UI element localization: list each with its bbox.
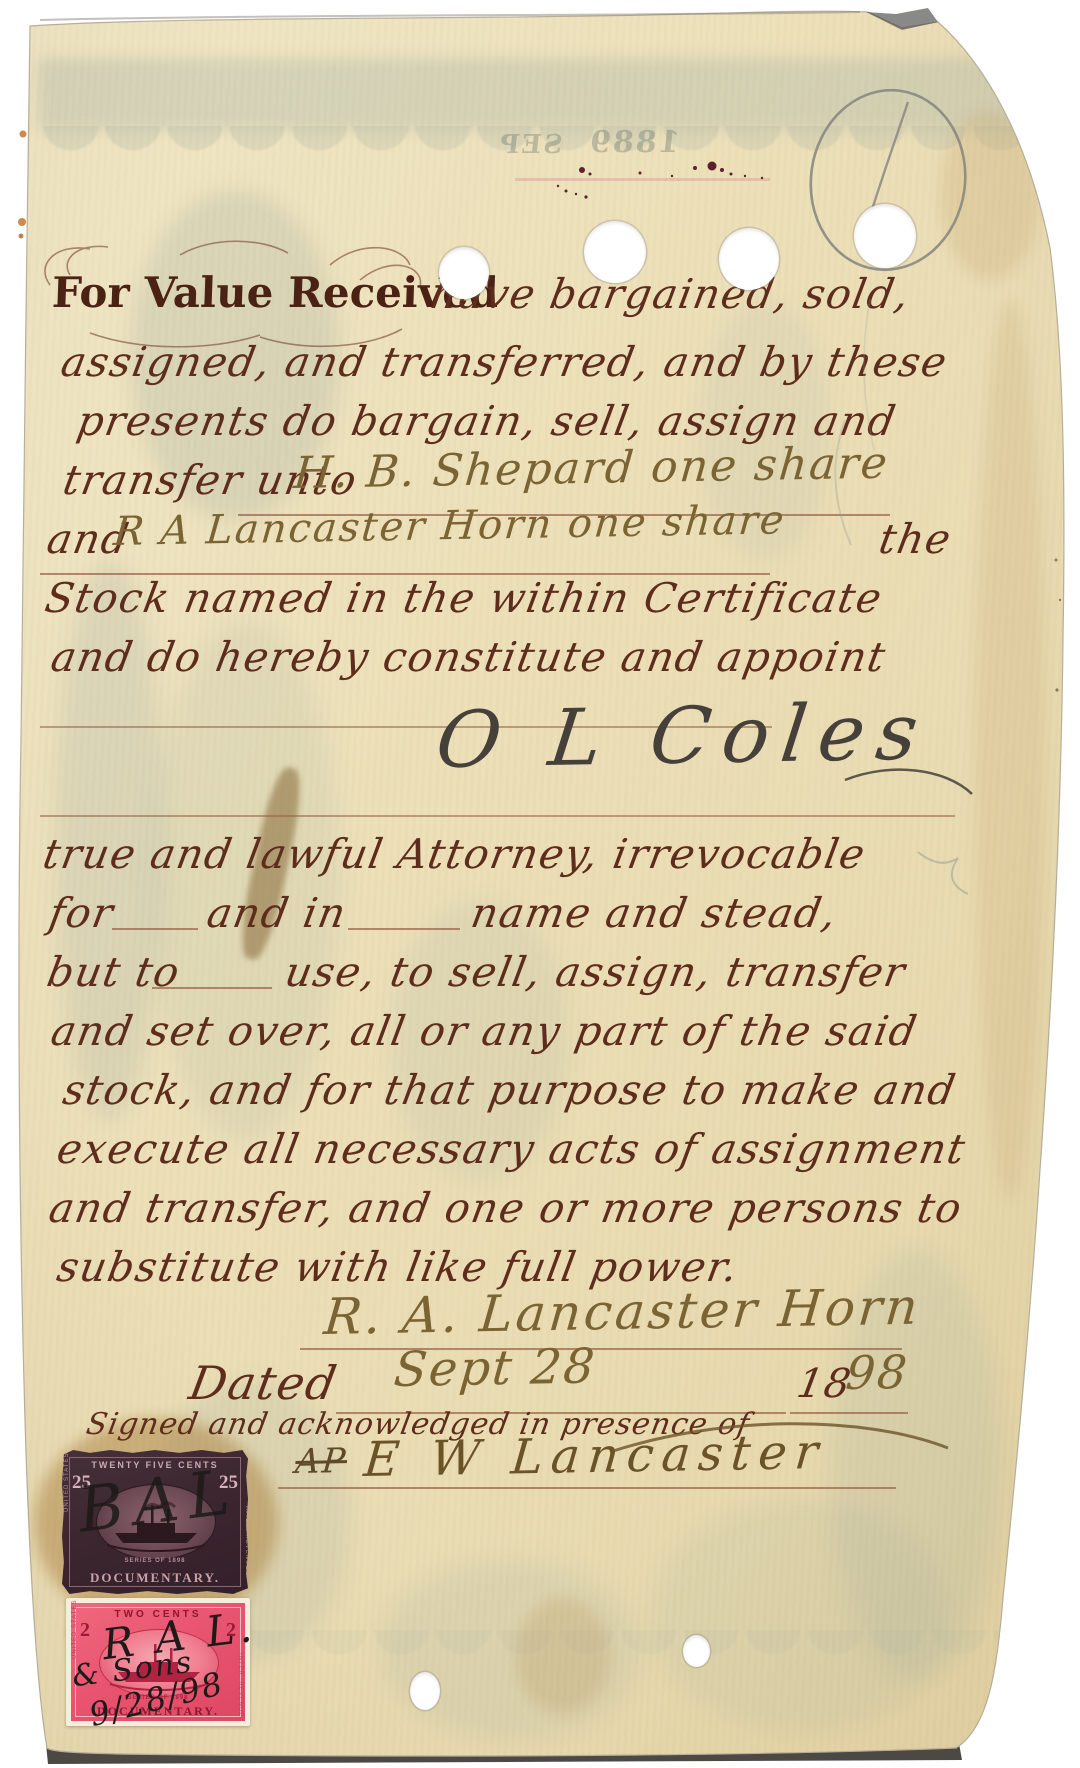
stamp-arc-left: UNITED STATES [64, 1453, 70, 1512]
edge-fleck [20, 131, 27, 138]
pink-offset-line [515, 178, 770, 181]
revenue-stamp-2c: TWO CENTS 2 2 UNITED STATES INTER. REVEN… [66, 1598, 250, 1726]
hole-punch [584, 221, 646, 283]
stamp-arc-left: UNITED STATES [72, 1600, 78, 1659]
stamp-bottom-text: DOCUMENTARY. [62, 1570, 248, 1586]
edge-specks [1055, 559, 1062, 692]
revenue-stamp-25c: TWENTY FIVE CENTS 25 25 UNITED STATES IN… [62, 1450, 248, 1594]
pencil-squiggles [835, 300, 968, 894]
edge-fleck [19, 234, 24, 239]
hole-punch [439, 247, 489, 299]
edge-fleck [18, 218, 26, 226]
hole-punch [854, 204, 916, 268]
hole-punch [719, 228, 779, 290]
stamp-series-text: SERIES OF 1898 [62, 1558, 248, 1564]
hole-punch [683, 1635, 710, 1667]
paper-content: SEP 1889 For Value Received have bargain… [0, 0, 1080, 1768]
stamp-cancel-handwriting: BAL [75, 1462, 242, 1540]
stamp-numeral: 2 [80, 1619, 90, 1642]
hole-punch [410, 1672, 440, 1710]
scanned-document-page: SEP 1889 For Value Received have bargain… [0, 0, 1080, 1768]
